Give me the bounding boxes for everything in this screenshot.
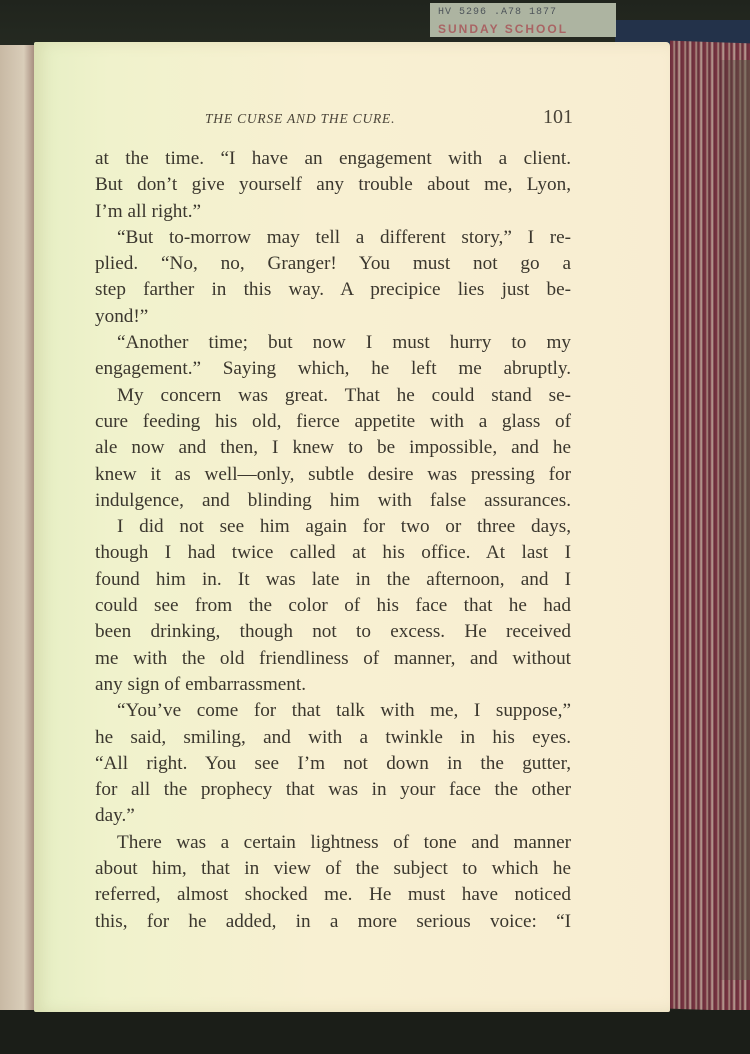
text-line: “But to-morrow may tell a different stor… — [95, 225, 571, 251]
text-line: plied. “No, no, Granger! You must not go… — [95, 251, 571, 277]
running-head: THE CURSE AND THE CURE. 101 — [205, 106, 573, 129]
text-line: yond!” — [95, 304, 571, 330]
background-bottom — [0, 1010, 750, 1054]
text-line: ale now and then, I knew to be impossibl… — [95, 435, 571, 461]
text-line: referred, almost shocked me. He must hav… — [95, 882, 571, 908]
call-number-label: HV 5296 .A78 1877 SUNDAY SCHOOL — [430, 3, 616, 37]
text-line: I’m all right.” — [95, 199, 571, 225]
text-line: My concern was great. That he could stan… — [95, 383, 571, 409]
text-line: I did not see him again for two or three… — [95, 514, 571, 540]
collection-label-text: SUNDAY SCHOOL — [438, 22, 616, 36]
text-line: “You’ve come for that talk with me, I su… — [95, 698, 571, 724]
page-number: 101 — [543, 106, 573, 129]
text-line: about him, that in view of the subject t… — [95, 856, 571, 882]
text-line: me with the old friendliness of manner, … — [95, 646, 571, 672]
text-line: knew it as well—only, subtle desire was … — [95, 462, 571, 488]
text-line: at the time. “I have an engagement with … — [95, 146, 571, 172]
body-text: at the time. “I have an engagement with … — [95, 146, 571, 935]
text-line: “All right. You see I’m not down in the … — [95, 751, 571, 777]
text-line: found him in. It was late in the afterno… — [95, 567, 571, 593]
text-line: “Another time; but now I must hurry to m… — [95, 330, 571, 356]
facing-page-edge — [0, 45, 36, 1010]
text-line: been drinking, though not to excess. He … — [95, 619, 571, 645]
text-line: this, for he added, in a more serious vo… — [95, 909, 571, 935]
text-line: though I had twice called at his office.… — [95, 540, 571, 566]
text-line: for all the prophecy that was in your fa… — [95, 777, 571, 803]
text-line: But don’t give yourself any trouble abou… — [95, 172, 571, 198]
call-number-text: HV 5296 .A78 1877 — [438, 7, 557, 18]
text-line: any sign of embarrassment. — [95, 672, 571, 698]
text-line: cure feeding his old, fierce appetite wi… — [95, 409, 571, 435]
scanned-book-scene: HV 5296 .A78 1877 SUNDAY SCHOOL THE CURS… — [0, 0, 750, 1054]
page-edges-shadow — [720, 60, 750, 980]
text-line: indulgence, and blinding him with false … — [95, 488, 571, 514]
text-line: engagement.” Saying which, he left me ab… — [95, 356, 571, 382]
text-line: There was a certain lightness of tone an… — [95, 830, 571, 856]
text-line: could see from the color of his face tha… — [95, 593, 571, 619]
running-title: THE CURSE AND THE CURE. — [205, 111, 395, 127]
text-line: he said, smiling, and with a twinkle in … — [95, 725, 571, 751]
text-line: step farther in this way. A precipice li… — [95, 277, 571, 303]
text-line: day.” — [95, 803, 571, 829]
